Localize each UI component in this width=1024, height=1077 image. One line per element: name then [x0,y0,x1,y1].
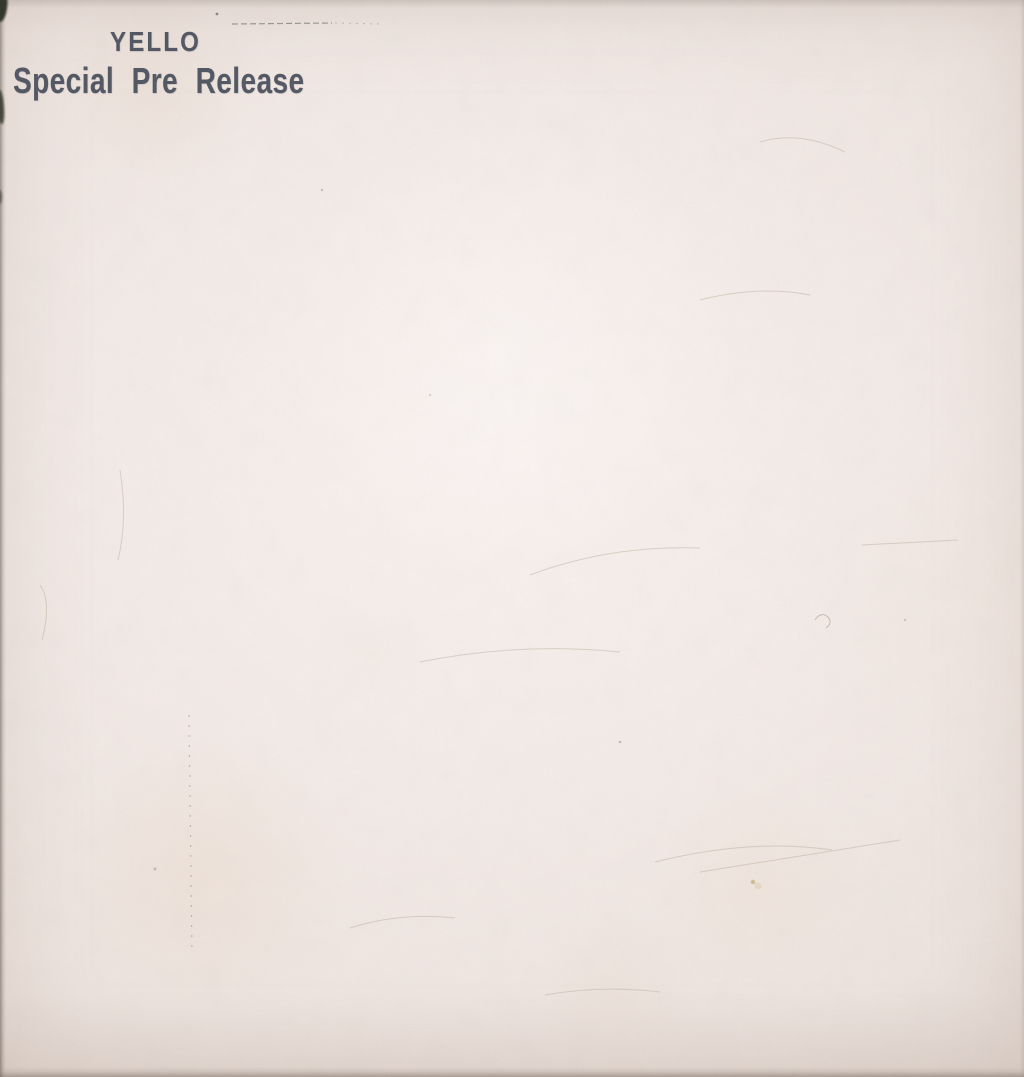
artist-stamp: YELLO [110,28,201,56]
paper-stains [0,0,1024,1077]
release-stamp: Special Pre Release [13,63,305,99]
record-sleeve-photo: YELLO Special Pre Release [0,0,1024,1077]
